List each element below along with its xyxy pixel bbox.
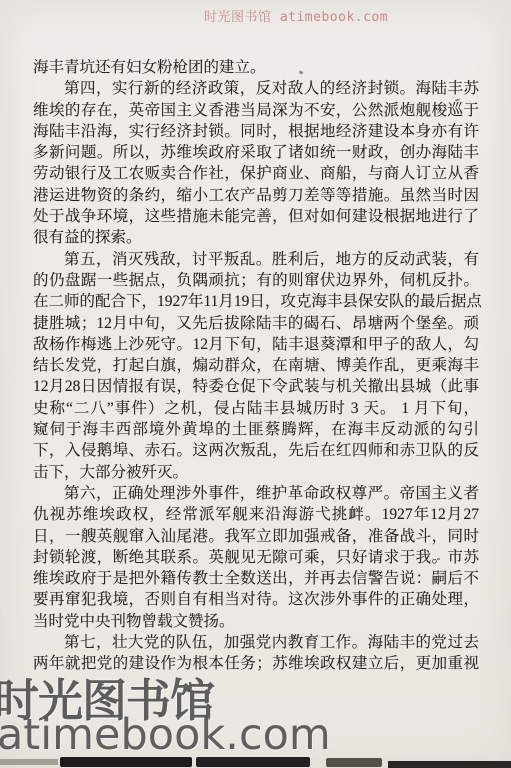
bottom-watermark-url: atimebook.com (0, 710, 331, 760)
text-line: 维埃的存在，英帝国主义香港当局深为不安，公然派炮舰梭巡于 (33, 100, 479, 121)
text-line: 封锁轮渡，断绝其联系。英舰见无隙可乘，只好请求于我。市苏 (33, 547, 479, 568)
text-line: 当时党中央刊物曾载文赞扬。 (33, 611, 479, 632)
page-text: 海丰青坑还有妇女粉枪团的建立。第四，实行新的经济政策，反对敌人的经济封锁。海陆丰… (33, 57, 479, 675)
text-line: 很有益的探索。 (33, 227, 479, 248)
text-line: 结长发党，打起白旗，煽动群众，在南塘、博美作乱，更乘海丰 (33, 355, 479, 376)
text-line: 处于战争环境，这些措施未能完善，但对如何建设根据地进行了 (33, 206, 479, 227)
text-line: 捷胜城；12月中旬，又先后拔除陆丰的碣石、昂塘两个堡垒。顽 (33, 313, 479, 334)
text-line: 第六，正确处理涉外事件，维护革命政权尊严。帝国主义者 (33, 483, 479, 504)
scan-edge-segment (0, 759, 58, 765)
text-line: 第七，壮大党的队伍，加强党内教育工作。海陆丰的党过去 (33, 632, 479, 653)
text-line: 下，入侵鹅埠、赤石。这两次叛乱，先后在红四师和赤卫队的反 (33, 440, 479, 461)
text-line: 海陆丰沿海，实行经济封锁。同时，根据地经济建设本身亦有许 (33, 121, 479, 142)
text-line: 多新问题。所以，苏维埃政府采取了诸如统一财政，创办海陆丰 (33, 142, 479, 163)
text-line: 击下，大部分被歼灭。 (33, 462, 479, 483)
scan-edge-segment (196, 757, 310, 767)
text-line: 的仍盘踞一些据点，负隅顽抗；有的则窜伏边界外，伺机反扑。 (33, 270, 479, 291)
scan-edge-segment (60, 757, 192, 767)
scan-edge-segment (326, 758, 382, 767)
text-line: 第五，消灭残敌，讨平叛乱。胜利后，地方的反动武装，有 (33, 249, 479, 270)
text-line: 史称“二八”事件）之机，侵占陆丰县城历时 3 天。 1 月下旬， (33, 398, 479, 419)
text-line: 港运进物资的条约，缩小工农产品剪刀差等等措施。虽然当时因 (33, 185, 479, 206)
top-watermark: 时光图书馆 atimebook.com (204, 6, 388, 25)
text-line: 窥伺于海丰西部境外黄埠的土匪蔡腾辉，在海丰反动派的勾引 (33, 419, 479, 440)
text-line: 要再窜犯我境，否则自有相当对待。这次涉外事件的正确处理， (33, 589, 479, 610)
scan-edge-segment (388, 761, 511, 768)
text-line: 在二师的配合下，1927年11月19日，攻克海丰县保安队的最后据点 (33, 291, 479, 312)
text-line: 敌杨作梅逃上沙死守。12月下旬，陆丰退葵潭和甲子的敌人，勾 (33, 334, 479, 355)
scanned-book-page: 时光图书馆 atimebook.com 海丰青坑还有妇女粉枪团的建立。第四，实行… (0, 0, 511, 768)
text-line: 仇视苏维埃政权，经常派军舰来沿海游弋挑衅。1927年12月27 (33, 504, 479, 525)
text-line: 第四，实行新的经济政策，反对敌人的经济封锁。海陆丰苏 (33, 78, 479, 99)
text-line: 12月28日因情报有误，特委仓促下令武装与机关撤出县城（此事 (33, 376, 479, 397)
text-line: 日，一艘英舰窜入汕尾港。我军立即加强戒备，准备战斗，同时 (33, 526, 479, 547)
scan-speck (437, 558, 440, 560)
text-line: 维埃政府于是把外籍传教士全数送出，并再去信警告说：嗣后不 (33, 568, 479, 589)
text-line: 劳动银行及工农贩卖合作社，保护商业、商船，与商人订立从香 (33, 163, 479, 184)
text-line: 海丰青坑还有妇女粉枪团的建立。 (33, 57, 479, 78)
